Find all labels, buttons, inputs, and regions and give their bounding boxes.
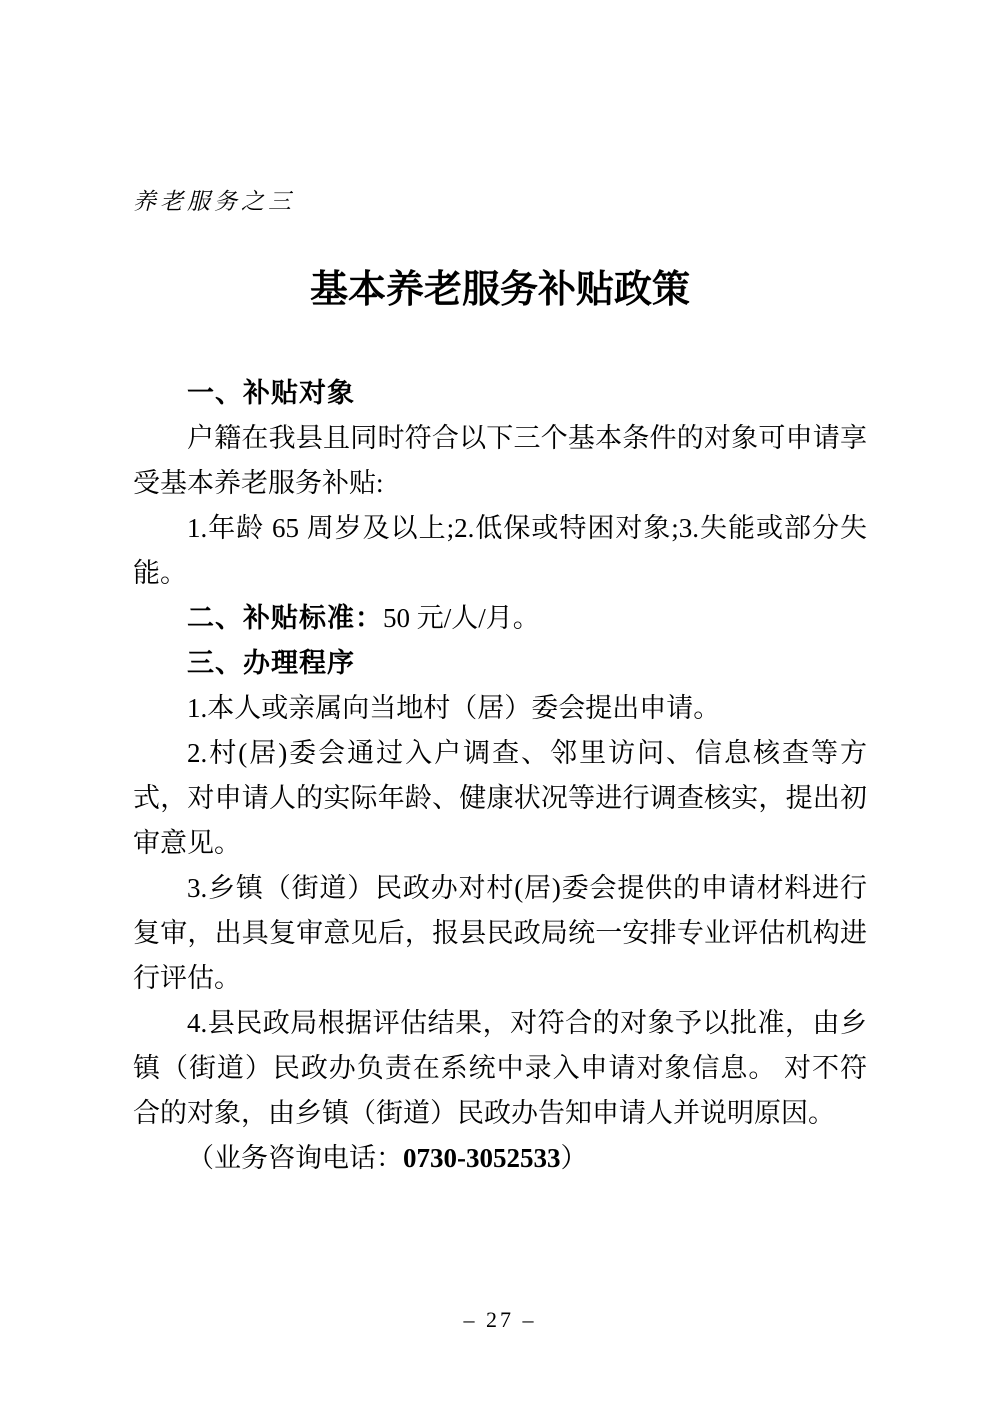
section-2-heading: 二、补贴标准： [187, 603, 383, 633]
section-3-heading: 三、办理程序 [133, 641, 867, 686]
document-page: 养老服务之三 基本养老服务补贴政策 一、补贴对象 户籍在我县且同时符合以下三个基… [0, 0, 1000, 1414]
section-1-heading: 一、补贴对象 [133, 371, 867, 416]
contact-suffix: ） [561, 1143, 588, 1173]
contact-prefix: （业务咨询电话： [187, 1143, 403, 1173]
section-3-step-1: 1.本人或亲属向当地村（居）委会提出申请。 [133, 686, 867, 731]
document-content: 养老服务之三 基本养老服务补贴政策 一、补贴对象 户籍在我县且同时符合以下三个基… [133, 0, 867, 1181]
section-2-line: 二、补贴标准：50 元/人/月。 [133, 596, 867, 641]
contact-line: （业务咨询电话：0730-3052533） [133, 1136, 867, 1181]
page-number: – 27 – [0, 1307, 1000, 1333]
section-3-step-4: 4.县民政局根据评估结果，对符合的对象予以批准，由乡镇（街道）民政办负责在系统中… [133, 1001, 867, 1136]
section-1-paragraph-2: 1.年龄 65 周岁及以上;2.低保或特困对象;3.失能或部分失能。 [133, 506, 867, 596]
contact-phone-number: 0730-3052533 [403, 1143, 561, 1173]
section-3-step-3: 3.乡镇（街道）民政办对村(居)委会提供的申请材料进行复审，出具复审意见后，报县… [133, 866, 867, 1001]
section-3-step-2: 2.村(居)委会通过入户调查、邻里访问、信息核查等方式，对申请人的实际年龄、健康… [133, 731, 867, 866]
section-1-paragraph-1: 户籍在我县且同时符合以下三个基本条件的对象可申请享受基本养老服务补贴: [133, 416, 867, 506]
document-title: 基本养老服务补贴政策 [133, 265, 867, 315]
document-body: 一、补贴对象 户籍在我县且同时符合以下三个基本条件的对象可申请享受基本养老服务补… [133, 371, 867, 1181]
doc-series-label: 养老服务之三 [133, 186, 867, 218]
section-2-value: 50 元/人/月。 [383, 603, 540, 633]
